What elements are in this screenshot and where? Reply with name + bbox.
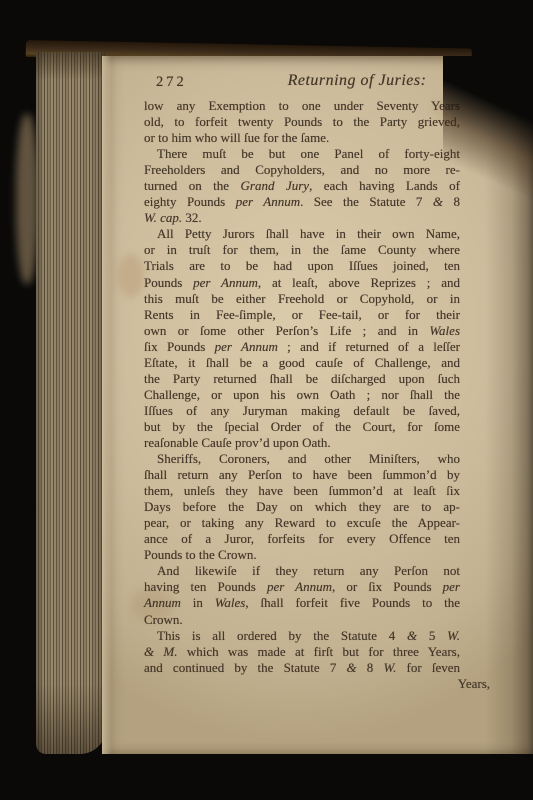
text-line: low any Exemption to one under Seventy Y… xyxy=(144,98,460,114)
text-line: ance of a Juror, forfeits for every Offe… xyxy=(144,531,460,547)
text-line: W. cap. 32. xyxy=(144,210,460,226)
text-line: having ten Pounds per Annum, or ſix Poun… xyxy=(144,579,460,595)
running-title: Returning of Juries: xyxy=(244,72,470,90)
text-line: There muſt be but one Panel of forty-eig… xyxy=(144,146,460,162)
book-page: 272 Returning of Juries: low any Exempti… xyxy=(102,56,533,754)
text-line: but by the ſpecial Order of the Court, f… xyxy=(144,419,460,435)
text-line: or to him who will ſue for the ſame. xyxy=(144,130,460,146)
text-line: Days before the Day on which they are to… xyxy=(144,499,460,515)
page-number: 272 xyxy=(156,74,187,91)
text-line: All Petty Jurors ſhall have in their own… xyxy=(144,226,460,242)
text-line: old, to forfeit twenty Pounds to the Par… xyxy=(144,114,460,130)
text-line: reaſonable Cauſe prov’d upon Oath. xyxy=(144,435,460,451)
corner-shadow xyxy=(443,56,533,216)
text-line: this muſt be either Freehold or Copyhold… xyxy=(144,291,460,307)
page-stain xyxy=(118,254,144,298)
text-line: Pounds to the Crown. xyxy=(144,547,460,563)
text-line: eighty Pounds per Annum. See the Statute… xyxy=(144,194,460,210)
catchword: Years, xyxy=(144,676,490,692)
text-line: Challenge, or upon his own Oath ; nor ſh… xyxy=(144,387,460,403)
text-line: own or ſome other Perſon’s Life ; and in… xyxy=(144,323,460,339)
page-header: 272 Returning of Juries: xyxy=(144,72,460,96)
text-line: & M. which was made at firſt but for thr… xyxy=(144,644,460,660)
text-line: pear, or taking any Reward to excuſe the… xyxy=(144,515,460,531)
text-line: them, unleſs they have been ſummon’d at … xyxy=(144,483,460,499)
text-line: Annum in Wales, ſhall forfeit five Pound… xyxy=(144,595,460,611)
text-line: ſix Pounds per Annum ; and if returned o… xyxy=(144,339,460,355)
text-line: Trials are to be had upon Iſſues joined,… xyxy=(144,258,460,274)
printed-text-block: 272 Returning of Juries: low any Exempti… xyxy=(144,72,460,692)
text-line: turned on the Grand Jury, each having La… xyxy=(144,178,460,194)
text-line: ſhall return any Perſon to have been ſum… xyxy=(144,467,460,483)
text-line: Sheriffs, Coroners, and other Miniſters,… xyxy=(144,451,460,467)
body-text: low any Exemption to one under Seventy Y… xyxy=(144,98,460,676)
text-line: This is all ordered by the Statute 4 & 5… xyxy=(144,628,460,644)
text-line: Rents in Fee-ſimple, or Fee-tail, or for… xyxy=(144,307,460,323)
page-fore-edges xyxy=(36,52,106,754)
text-line: the Party returned ſhall be diſcharged u… xyxy=(144,371,460,387)
text-line: Crown. xyxy=(144,612,460,628)
text-line: Eſtate, it ſhall be a good cauſe of Chal… xyxy=(144,355,460,371)
text-line: Iſſues of any Juryman making default be … xyxy=(144,403,460,419)
text-line: Pounds per Annum, at leaſt, above Repriz… xyxy=(144,275,460,291)
text-line: and continued by the Statute 7 & 8 W. fo… xyxy=(144,660,460,676)
text-line: And likewiſe if they return any Perſon n… xyxy=(144,563,460,579)
text-line: or in truſt for them, in the ſame County… xyxy=(144,242,460,258)
text-line: Freeholders and Copyholders, and no more… xyxy=(144,162,460,178)
